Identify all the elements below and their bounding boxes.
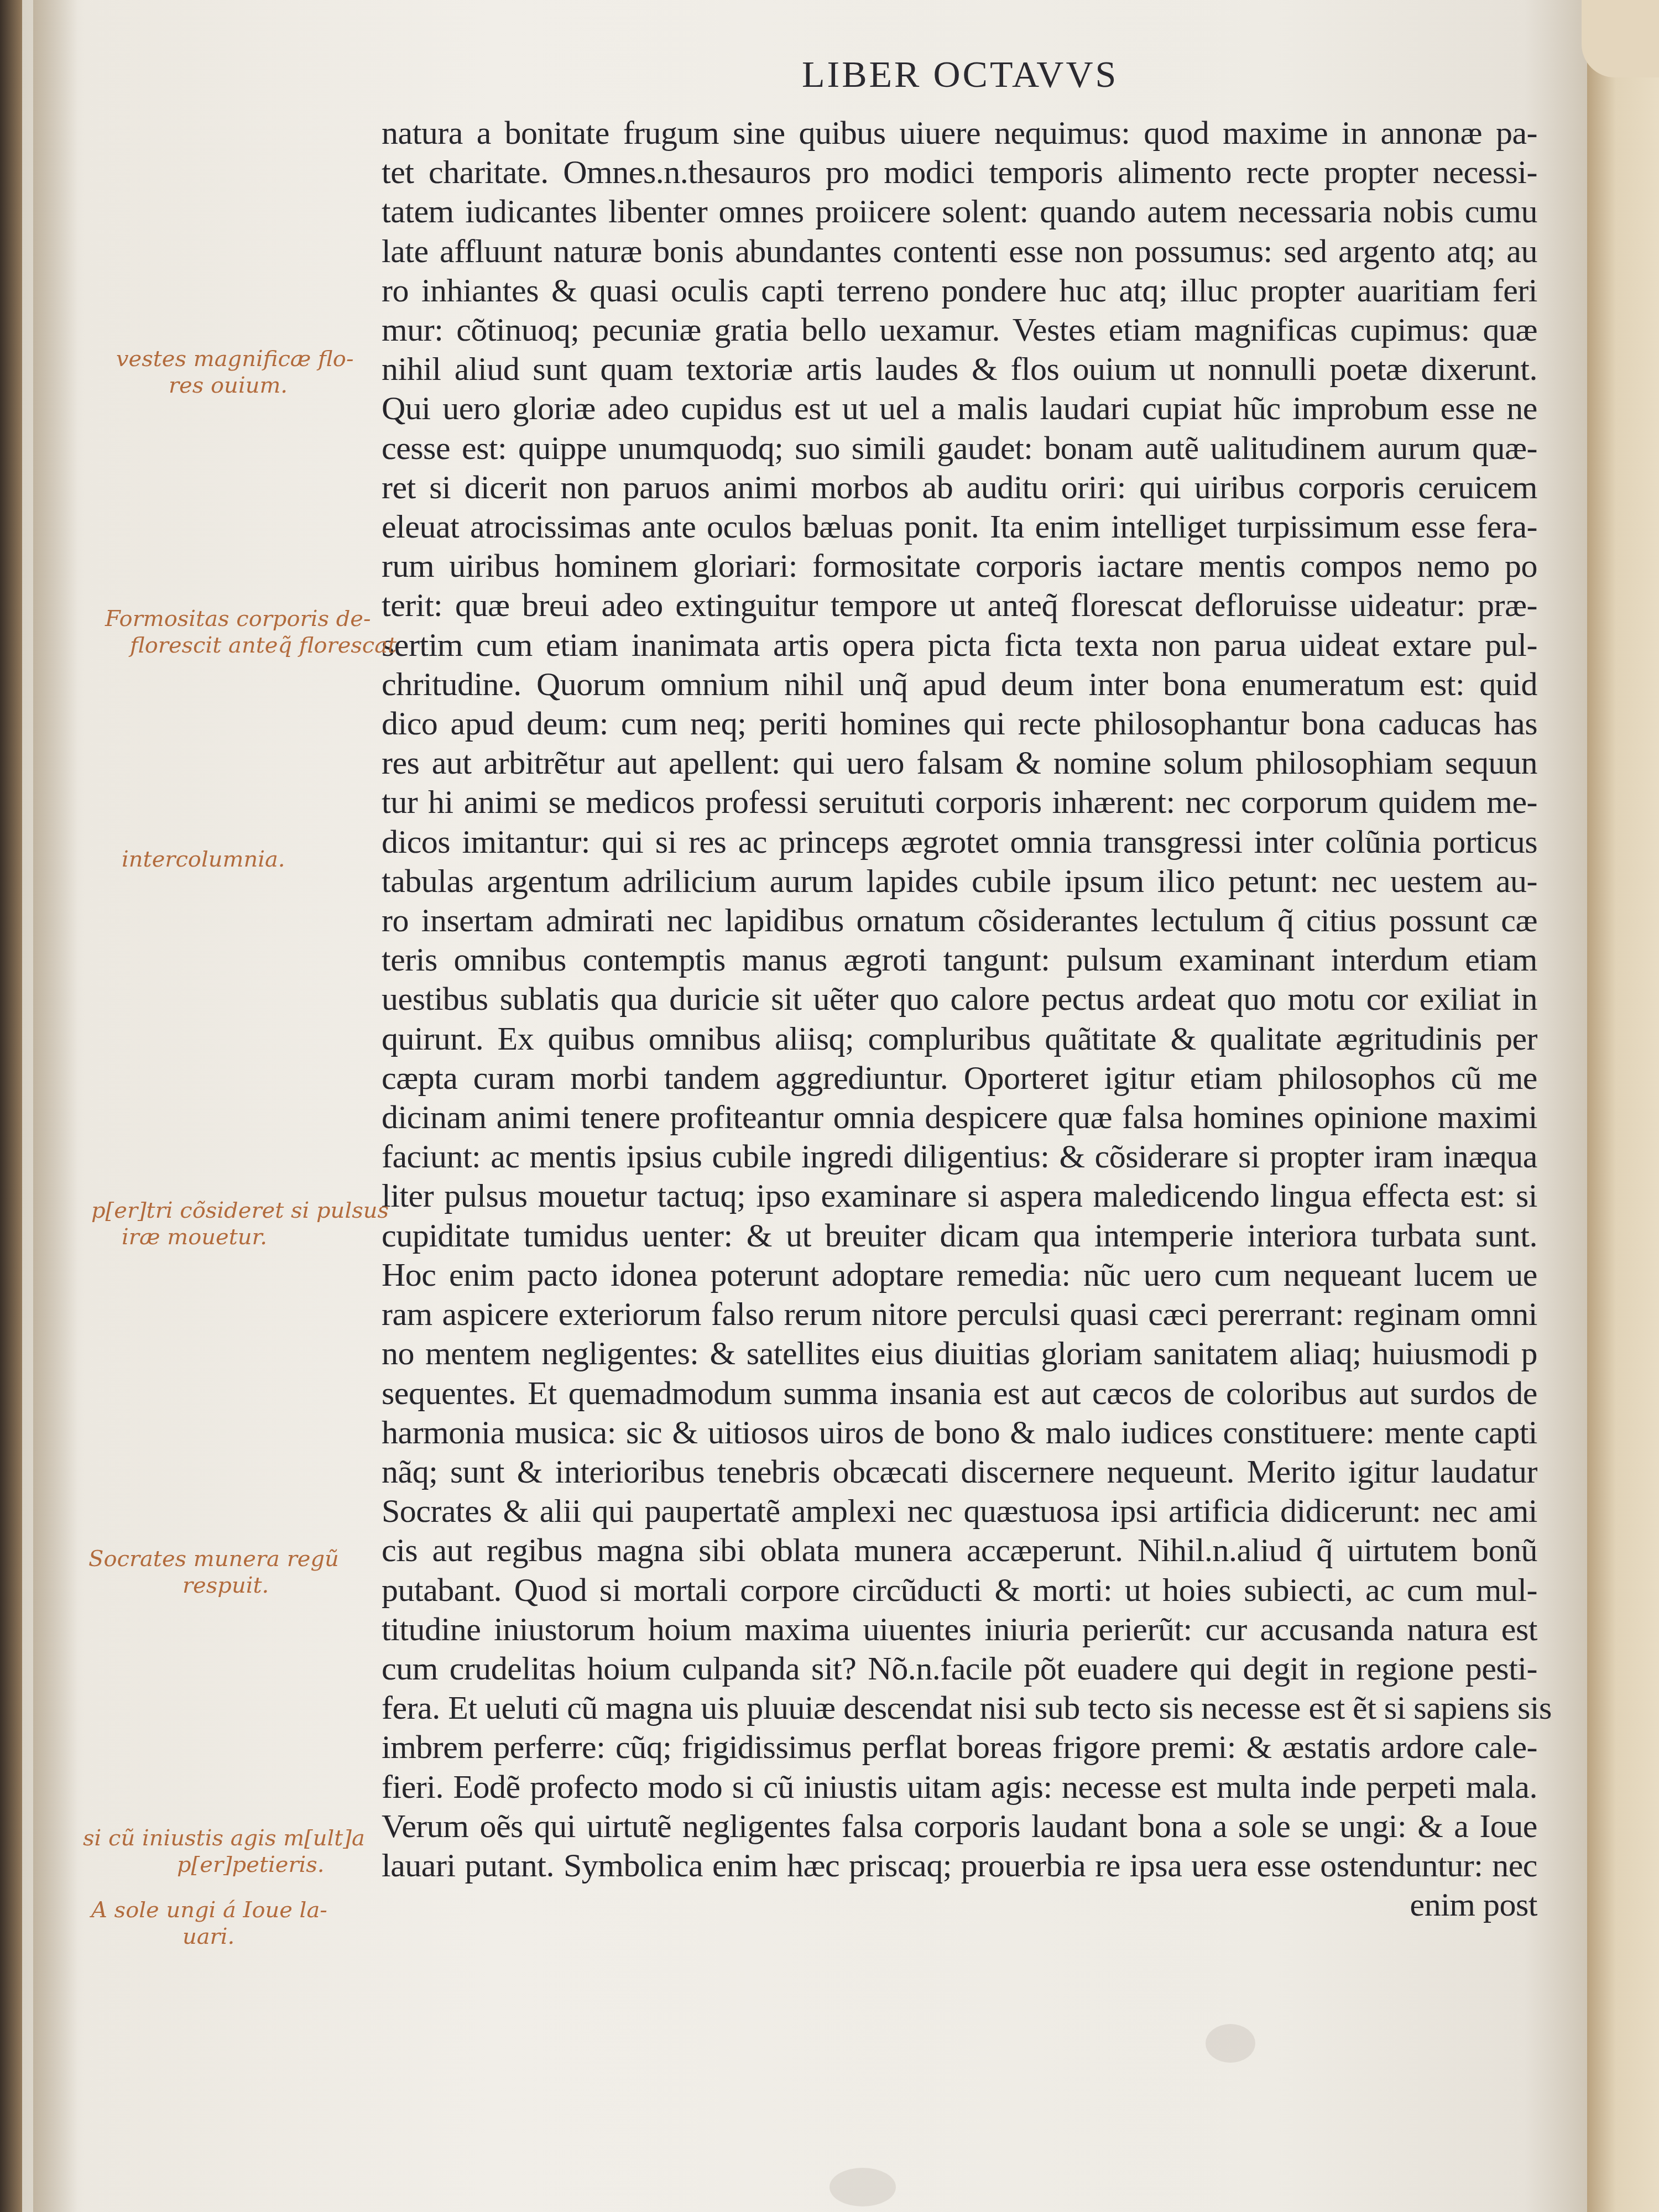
- text-line: dicos imitantur: qui si res ac princeps …: [382, 822, 1537, 862]
- page-stain: [830, 2168, 896, 2206]
- text-line: cum crudelitas hoium culpanda sit? Nõ.n.…: [382, 1649, 1537, 1688]
- text-line: tet charitate. Omnes.n.thesauros pro mod…: [382, 153, 1537, 192]
- marginal-note: Formositas corporis de- florescit anteq̃…: [105, 606, 397, 659]
- marginal-note-line: si cũ iniustis agis m[ult]a: [83, 1825, 365, 1851]
- marginal-note-line: vestes magnificæ flo-: [116, 346, 353, 372]
- facing-page-corner: [1582, 0, 1659, 77]
- marginal-note-line: intercolumnia.: [122, 846, 285, 873]
- text-line: sequentes. Et quemadmodum summa insania …: [382, 1374, 1537, 1413]
- text-line: ro inhiantes & quasi oculis capti terren…: [382, 271, 1537, 310]
- text-line: cupiditate tumidus uenter: & ut breuiter…: [382, 1216, 1537, 1255]
- text-line: res aut arbitrẽtur aut apellent: qui uer…: [382, 743, 1537, 782]
- text-line: uestibus sublatis qua duricie sit uẽter …: [382, 979, 1537, 1019]
- text-line: tur hi animi se medicos professi seruitu…: [382, 782, 1537, 822]
- text-line: tatem iudicantes libenter omnes proiicer…: [382, 192, 1537, 231]
- text-line: cis aut regibus magna sibi oblata munera…: [382, 1531, 1537, 1570]
- marginal-note-line: p[er]petieris.: [83, 1851, 365, 1878]
- text-line: faciunt: ac mentis ipsius cubile ingredi…: [382, 1137, 1537, 1176]
- facing-page-edge: [1587, 0, 1659, 2212]
- text-line: no mentem negligentes: & satellites eius…: [382, 1334, 1537, 1373]
- text-line: rum uiribus hominem gloriari: formositat…: [382, 546, 1537, 586]
- marginal-note: A sole ungi á Ioue la- uari.: [91, 1897, 327, 1950]
- text-line: cæpta curam morbi tandem aggrediuntur. O…: [382, 1058, 1537, 1098]
- text-line: quirunt. Ex quibus omnibus aliisq; compl…: [382, 1019, 1537, 1058]
- marginal-note-line: uari.: [91, 1923, 327, 1950]
- marginal-note: vestes magnificæ flo- res ouium.: [116, 346, 353, 399]
- main-text-block: natura a bonitate frugum sine quibus uiu…: [382, 113, 1537, 1924]
- marginal-note-line: iræ mouetur.: [91, 1224, 389, 1250]
- marginal-note-line: Socrates munera regũ: [88, 1546, 339, 1572]
- text-line: terit: quæ breui adeo extinguitur tempor…: [382, 586, 1537, 625]
- text-line: eleuat atrocissimas ante oculos bæluas p…: [382, 507, 1537, 546]
- marginal-note-line: p[er]tri cõsideret si pulsus: [91, 1197, 389, 1224]
- text-line: mur: cõtinuoq; pecuniæ gratia bello uexa…: [382, 310, 1537, 349]
- text-line: putabant. Quod si mortali corpore circũd…: [382, 1571, 1537, 1610]
- text-line: chritudine. Quorum omnium nihil unq̃ apu…: [382, 665, 1537, 704]
- text-line: nãq; sunt & interioribus tenebris obcæca…: [382, 1452, 1537, 1491]
- marginal-note: si cũ iniustis agis m[ult]a p[er]petieri…: [83, 1825, 365, 1878]
- text-line: lauari putant. Symbolica enim hæc prisca…: [382, 1846, 1537, 1885]
- text-line: late affluunt naturæ bonis abundantes co…: [382, 232, 1537, 271]
- marginal-note: intercolumnia.: [122, 846, 285, 873]
- running-head: LIBER OCTAVVS: [802, 53, 1118, 96]
- text-line: natura a bonitate frugum sine quibus uiu…: [382, 113, 1537, 153]
- text-line: dicinam animi tenere profiteantur omnia …: [382, 1098, 1537, 1137]
- catchword: enim post: [382, 1885, 1537, 1924]
- text-line: ram aspicere exteriorum falso rerum nito…: [382, 1295, 1537, 1334]
- text-line: Qui uero gloriæ adeo cupidus est ut uel …: [382, 389, 1537, 428]
- text-line: tabulas argentum adrilicium aurum lapide…: [382, 862, 1537, 901]
- marginal-note-line: res ouium.: [116, 372, 353, 399]
- marginal-note-line: Formositas corporis de-: [105, 606, 397, 632]
- text-line: imbrem perferre: cũq; frigidissimus perf…: [382, 1728, 1537, 1767]
- text-line: Verum oẽs qui uirtutẽ negligentes falsa …: [382, 1807, 1537, 1846]
- text-line: nihil aliud sunt quam textoriæ artis lau…: [382, 349, 1537, 389]
- text-line: titudine iniustorum hoium maxima uiuente…: [382, 1610, 1537, 1649]
- text-line: ret si dicerit non paruos animi morbos a…: [382, 468, 1537, 507]
- text-line: harmonia musica: sic & uitiosos uiros de…: [382, 1413, 1537, 1452]
- marginal-note-line: A sole ungi á Ioue la-: [91, 1897, 327, 1923]
- text-line: teris omnibus contemptis manus ægroti ta…: [382, 940, 1537, 979]
- page-stain: [1206, 2024, 1255, 2063]
- marginal-note: p[er]tri cõsideret si pulsus iræ mouetur…: [91, 1197, 389, 1250]
- marginal-note-line: respuit.: [88, 1572, 339, 1599]
- text-line: liter pulsus mouetur tactuq; ipso examin…: [382, 1176, 1537, 1215]
- text-line: ro insertam admirati nec lapidibus ornat…: [382, 901, 1537, 940]
- text-line: sertim cum etiam inanimata artis opera p…: [382, 625, 1537, 665]
- text-line: Hoc enim pacto idonea poterunt adoptare …: [382, 1255, 1537, 1295]
- marginal-note: Socrates munera regũ respuit.: [88, 1546, 339, 1599]
- text-line: fieri. Eodẽ profecto modo si cũ iniustis…: [382, 1767, 1537, 1807]
- marginal-note-line: florescit anteq̃ florescat: [105, 632, 397, 659]
- text-line: fera. Et ueluti cũ magna uis pluuiæ desc…: [382, 1688, 1537, 1728]
- text-line: Socrates & alii qui paupertatẽ amplexi n…: [382, 1491, 1537, 1531]
- text-line: dico apud deum: cum neq; periti homines …: [382, 704, 1537, 743]
- text-line: cesse est: quippe unumquodq; suo simili …: [382, 429, 1537, 468]
- page-gutter-shadow: [33, 0, 77, 2212]
